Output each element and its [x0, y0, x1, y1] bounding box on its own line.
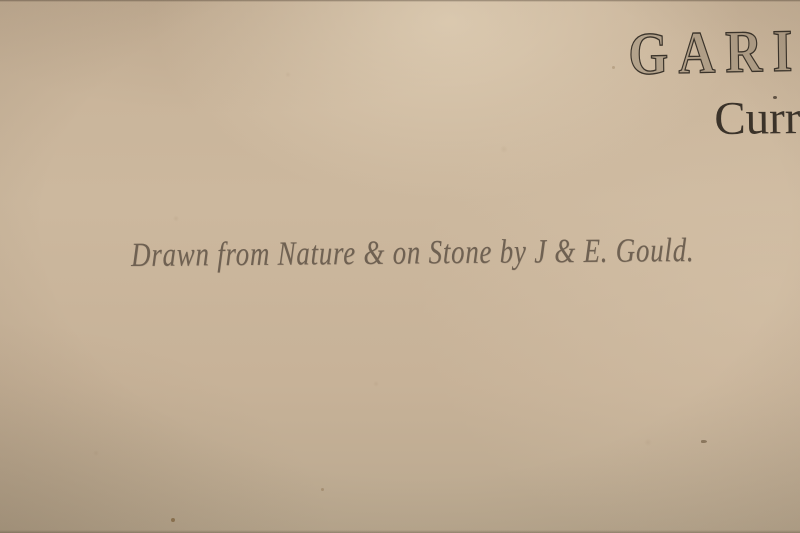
paper-speck — [171, 518, 175, 522]
paper-speck — [701, 440, 707, 443]
photo-top-edge — [0, 0, 800, 2]
print-photo: GARI Curr Drawn from Nature & on Stone b… — [0, 0, 800, 533]
paper-speck — [321, 488, 324, 491]
plate-title-fragment: GARI — [628, 16, 800, 89]
paper-speck — [612, 66, 615, 69]
plate-subtitle-fragment: Curr — [714, 91, 800, 146]
lithographer-credit-line: Drawn from Nature & on Stone by J & E. G… — [131, 232, 694, 275]
